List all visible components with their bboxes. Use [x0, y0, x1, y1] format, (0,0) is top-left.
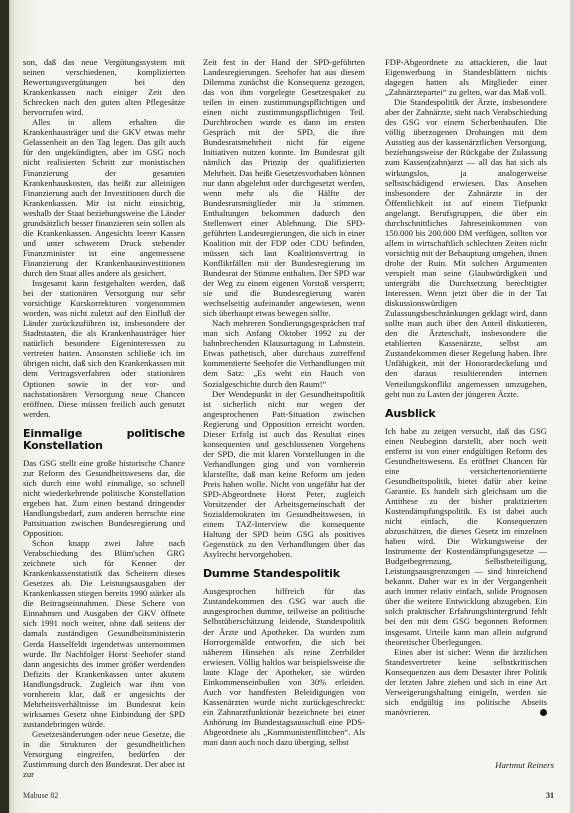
author-signature: Hartmut Reiners: [495, 760, 554, 770]
page-number: 31: [546, 791, 554, 800]
paragraph: Zeit fest in der Hand der SPD-geführten …: [203, 57, 365, 318]
section-heading: Einmalige politische Konstellation: [23, 428, 185, 452]
paragraph: Insgesamt kann festgehalten werden, daß …: [23, 278, 185, 419]
book-binding-shadow: [0, 0, 9, 813]
column-2: Zeit fest in der Hand der SPD-geführten …: [203, 57, 365, 747]
magazine-page: son, daß das neue Vergütungssystem mit s…: [0, 0, 574, 813]
paragraph: Gesetzesänderungen oder neue Gesetze, di…: [23, 729, 185, 779]
paragraph: FDP-Abgeordnete zu attackieren, die laut…: [385, 57, 547, 97]
paragraph-text: Eines aber ist sicher: Wenn die ärztlich…: [385, 647, 547, 717]
column-1: son, daß das neue Vergütungssystem mit s…: [23, 57, 185, 779]
section-heading: Dumme Standespolitik: [203, 568, 365, 580]
paragraph: son, daß das neue Vergütungssystem mit s…: [23, 57, 185, 117]
paragraph: Ich habe zu zeigen versucht, daß das GSG…: [385, 426, 547, 647]
page-edge: [570, 0, 574, 813]
paragraph: Alles in allem erhalten die Krankenhaust…: [23, 117, 185, 278]
paragraph: Nach mehreren Sondierungsgesprächen traf…: [203, 318, 365, 388]
column-3: FDP-Abgeordnete zu attackieren, die laut…: [385, 57, 547, 717]
paragraph: Ausgesprochen hilfreich für das Zustande…: [203, 586, 365, 747]
paragraph: Eines aber ist sicher: Wenn die ärztlich…: [385, 647, 547, 717]
paragraph: Schon knapp zwei Jahre nach Verabschiedu…: [23, 538, 185, 729]
end-of-article-bullet-icon: [540, 709, 547, 716]
magazine-footer: Mabuse 82: [23, 791, 58, 800]
paragraph: Das GSG stellt eine große historische Ch…: [23, 458, 185, 538]
section-heading: Ausblick: [385, 408, 547, 420]
paragraph: Die Standespolitik der Ärzte, insbesonde…: [385, 97, 547, 398]
paragraph: Der Wendepunkt in der Gesundheitspolitik…: [203, 389, 365, 560]
